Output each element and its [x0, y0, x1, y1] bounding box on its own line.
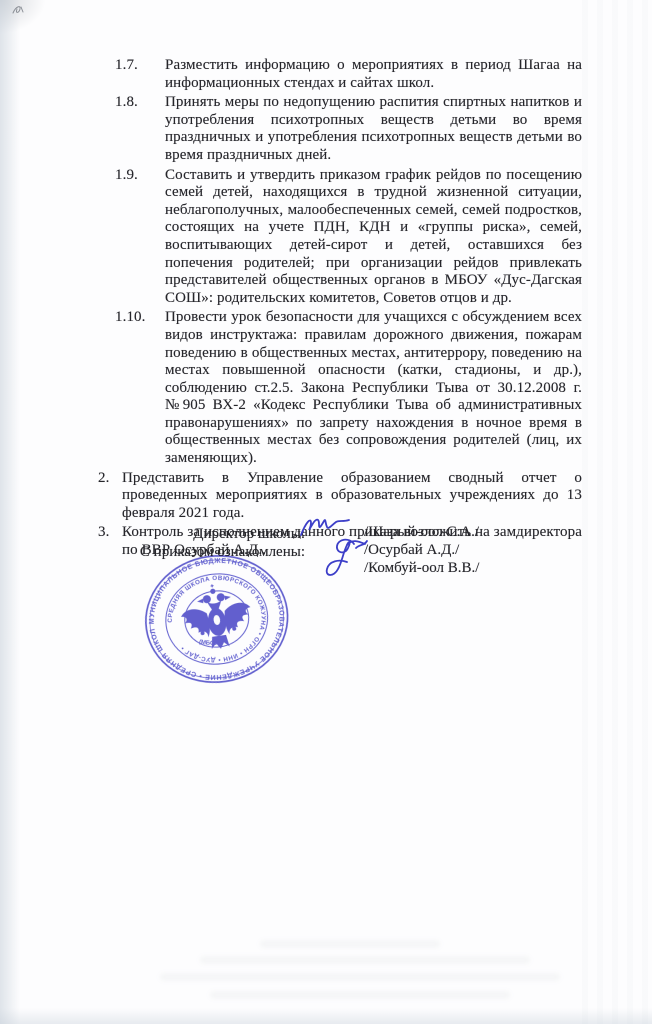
scanned-page: 1.7. Разместить информацию о мероприятия…: [0, 0, 652, 1024]
item-number: 1.9.: [115, 167, 165, 308]
official-stamp: МУНИЦИПАЛЬНОЕ БЮДЖЕТНОЕ ОБЩЕОБРАЗОВАТЕЛЬ…: [129, 541, 305, 702]
stamp-artwork: МУНИЦИПАЛЬНОЕ БЮДЖЕТНОЕ ОБЩЕОБРАЗОВАТЕЛЬ…: [129, 541, 296, 693]
signatory-names: /Шарый-оол С.А./ /Осурбай А.Д./ /Комбуй-…: [364, 523, 479, 578]
list-item: 1.10. Провести урок безопасности для уча…: [115, 309, 582, 467]
signatory-name: /Осурбай А.Д./: [364, 541, 479, 559]
list-item: 1.8. Принять меры по недопущению распити…: [115, 94, 582, 164]
scan-edge-right: [582, 0, 652, 1024]
item-number: 1.7.: [115, 57, 165, 92]
list-item: 1.7. Разместить информацию о мероприятия…: [115, 57, 582, 92]
signatory-name: /Комбуй-оол В.В./: [364, 559, 479, 577]
scan-edge-left: [0, 0, 20, 1024]
item-number: 1.10.: [115, 309, 165, 467]
item-number: 2.: [98, 470, 122, 523]
item-number: 1.8.: [115, 94, 165, 164]
item-text: Разместить информацию о мероприятиях в п…: [165, 57, 582, 92]
signatory-name: /Шарый-оол С.А./: [364, 523, 479, 541]
signature-acknowledged: [320, 535, 370, 583]
bleed-through: [160, 973, 560, 981]
pencil-mark: [10, 3, 28, 19]
scan-edge-bottom: [0, 1008, 652, 1024]
list-item: 1.9. Составить и утвердить приказом граф…: [115, 167, 582, 308]
bleed-through: [210, 991, 510, 999]
director-label: Директор школы:: [100, 526, 305, 544]
order-list: 1.7. Разместить информацию о мероприятия…: [98, 57, 582, 562]
bleed-through: [260, 940, 440, 948]
item-text: Принять меры по недопущению распития спи…: [165, 94, 582, 164]
bleed-through: [200, 956, 530, 964]
item-text: Провести урок безопасности для учащихся …: [165, 309, 582, 467]
item-text: Составить и утвердить приказом график ре…: [165, 167, 582, 308]
